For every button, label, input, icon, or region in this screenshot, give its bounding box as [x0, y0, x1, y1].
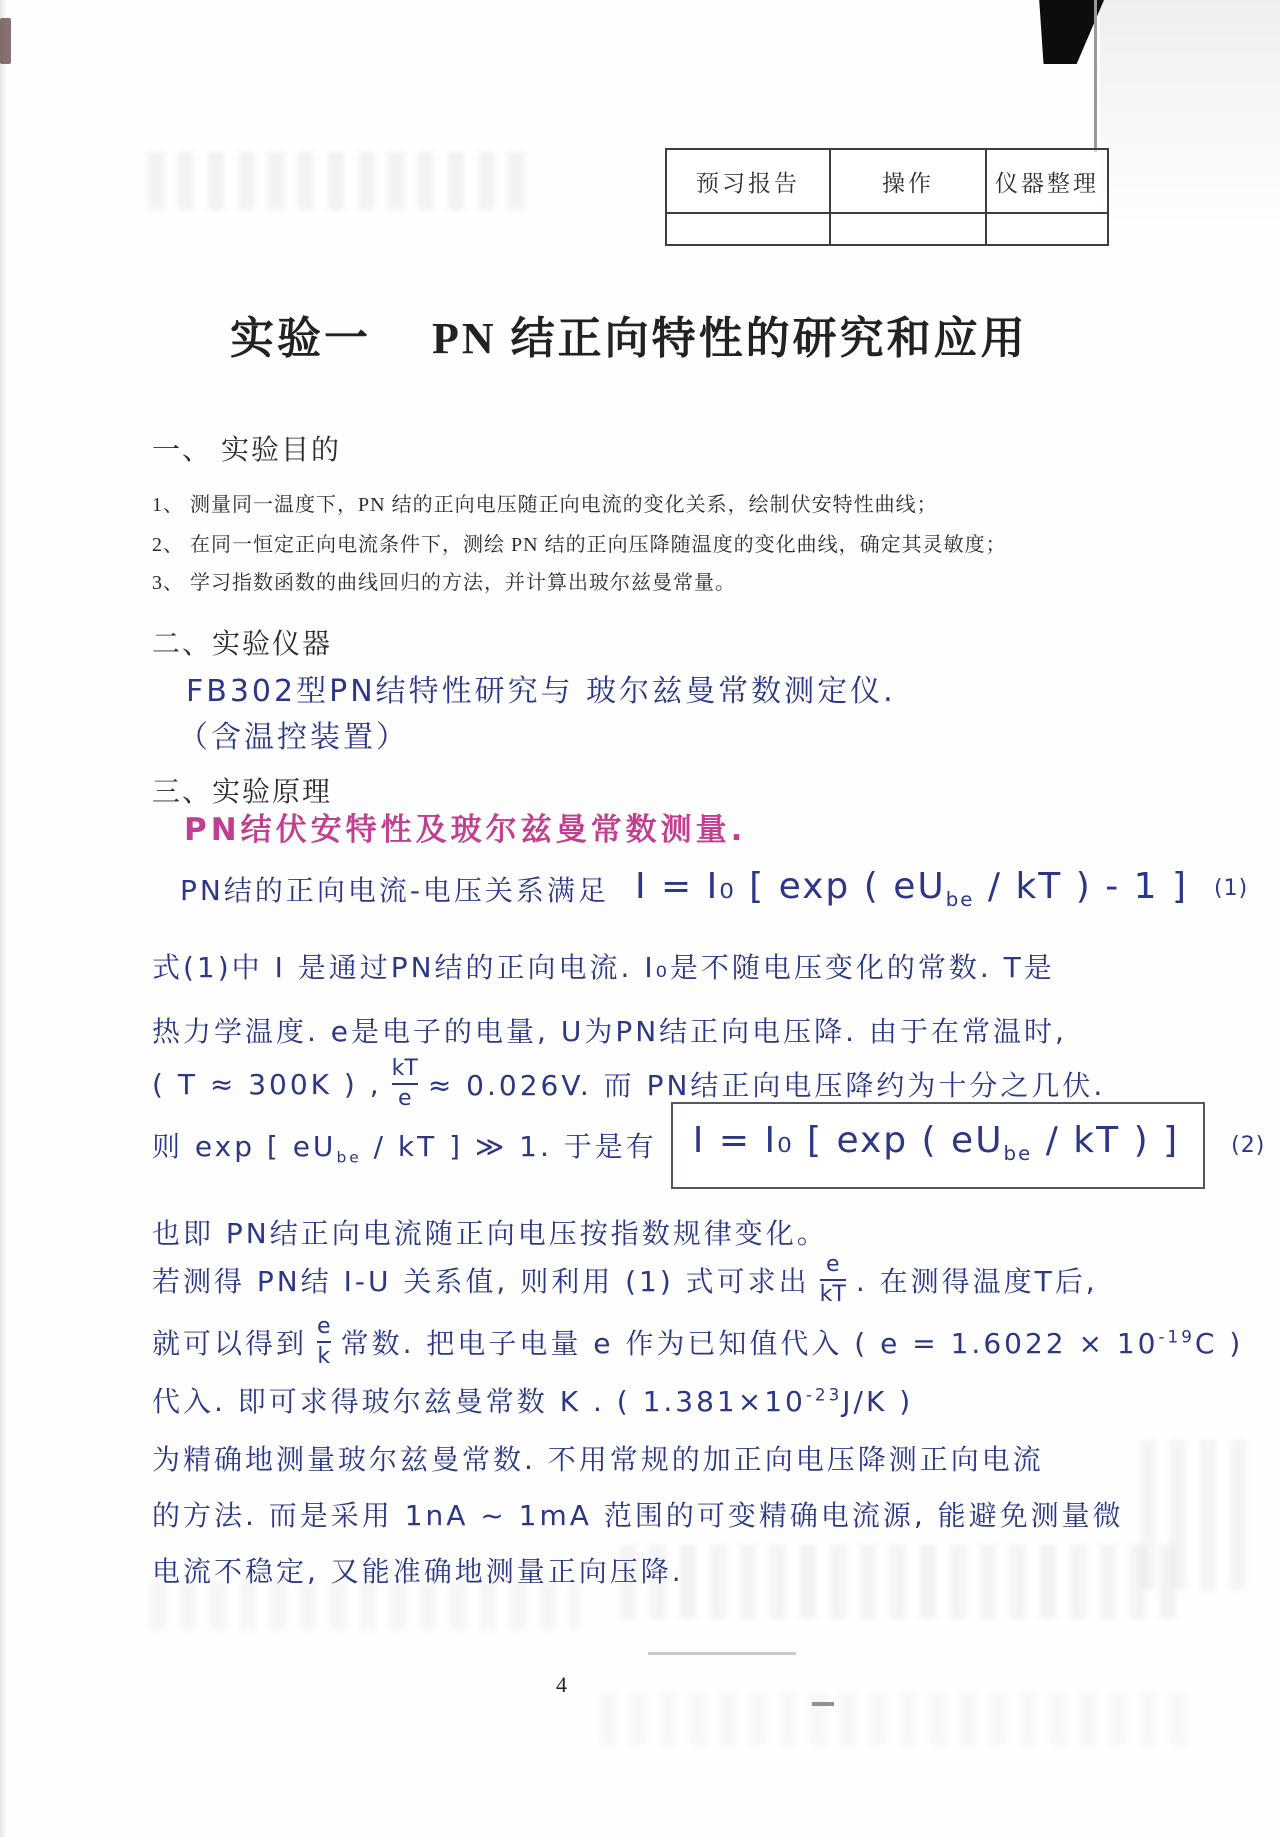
checklist-col-instrument-cleanup: 仪器整理	[987, 150, 1107, 212]
principle-line-12: 电流不稳定, 又能准确地测量正向压降.	[152, 1550, 684, 1590]
principle-line-9: 代入. 即可求得玻尔兹曼常数 K . ( 1.381×10-23J/K )	[152, 1380, 913, 1420]
principle-line-5-text: 则 exp [ eUbe / kT ] ≫ 1. 于是有	[152, 1125, 657, 1167]
purpose-item-3: 3、 学习指数函数的曲线回归的方法，并计算出玻尔兹曼常量。	[152, 566, 736, 595]
checklist-header-row: 预习报告 操作 仪器整理	[667, 150, 1107, 214]
checklist-empty-cell	[987, 214, 1107, 244]
scan-small-dash	[812, 1702, 834, 1706]
checklist-col-preparation-report: 预习报告	[667, 150, 831, 212]
principle-line-4-text-b: ≈ 0.026V. 而 PN结正向电压降约为十分之几伏.	[428, 1064, 1106, 1104]
principle-line-11: 的方法. 而是采用 1nA ~ 1mA 范围的可变精确电流源, 能避免测量微	[152, 1494, 1124, 1534]
formula-1-number: (1)	[1214, 876, 1248, 901]
principle-line-2: 式(1)中 I 是通过PN结的正向电流. I₀是不随电压变化的常数. T是	[152, 946, 1055, 986]
formula-2-box: I = I₀ [ exp ( eUbe / kT ) ]	[671, 1102, 1205, 1189]
scan-bleedthrough	[600, 1692, 1200, 1746]
scan-bleedthrough	[1140, 1440, 1258, 1590]
purpose-item-2: 2、 在同一恒定正向电流条件下，测绘 PN 结的正向压降随温度的变化曲线，确定其…	[152, 528, 1007, 557]
principle-line-5: 则 exp [ eUbe / kT ] ≫ 1. 于是有 I = I₀ [ ex…	[152, 1102, 1265, 1189]
scan-corner-artifact	[1032, 0, 1104, 64]
scan-right-shadow	[1100, 0, 1280, 230]
principle-line-8-text-b: 常数. 把电子电量 e 作为已知值代入 ( e = 1.6022 × 10-19…	[341, 1322, 1244, 1362]
apparatus-handwritten-line-1: FB302型PN结特性研究与 玻尔兹曼常数测定仪.	[186, 666, 896, 710]
principle-line-3: 热力学温度. e是电子的电量, U为PN结正向电压降. 由于在常温时,	[152, 1010, 1067, 1050]
principle-line-10: 为精确地测量玻尔兹曼常数. 不用常规的加正向电压降测正向电流	[152, 1438, 1044, 1478]
principle-line-1: PN结的正向电流-电压关系满足 I = I₀ [ exp ( eUbe / kT…	[180, 866, 1248, 911]
scan-topleft-mark	[0, 18, 11, 64]
section-heading-purpose: 一、 实验目的	[152, 428, 341, 468]
principle-line-9-text: 代入. 即可求得玻尔兹曼常数 K . ( 1.381×10-23J/K )	[152, 1380, 913, 1420]
checklist-empty-row	[667, 214, 1107, 244]
experiment-title: 实验一 PN 结正向特性的研究和应用	[230, 302, 1028, 366]
principle-line-4-text-a: ( T ≈ 300K ) ,	[152, 1068, 382, 1101]
scan-bleedthrough	[148, 152, 538, 210]
principle-line-6: 也即 PN结正向电流随正向电压按指数规律变化。	[152, 1212, 828, 1252]
scan-left-edge-shadow	[0, 0, 7, 1837]
fraction-e-over-k: ek	[317, 1316, 331, 1368]
fraction-e-over-kT: ekT	[820, 1254, 846, 1306]
scan-bleedthrough	[620, 1545, 1180, 1619]
formula-2-number: (2)	[1231, 1133, 1265, 1158]
checklist-table: 预习报告 操作 仪器整理	[665, 148, 1109, 246]
principle-line-7: 若测得 PN结 I-U 关系值, 则利用 (1) 式可求出 ekT . 在测得温…	[152, 1254, 1098, 1306]
principle-subtitle-pink: PN结伏安特性及玻尔兹曼常数测量.	[184, 804, 746, 849]
purpose-item-1: 1、 测量同一温度下，PN 结的正向电压随正向电流的变化关系，绘制伏安特性曲线；	[152, 488, 938, 517]
checklist-col-operation: 操作	[831, 150, 987, 212]
checklist-empty-cell	[667, 214, 831, 244]
checklist-empty-cell	[831, 214, 987, 244]
scan-edge-line	[1094, 0, 1097, 152]
principle-line-7-text-a: 若测得 PN结 I-U 关系值, 则利用 (1) 式可求出	[152, 1260, 810, 1300]
apparatus-handwritten-line-2: （含温控装置）	[178, 712, 409, 756]
page-number: 4	[556, 1672, 567, 1698]
scanned-document-page: 预习报告 操作 仪器整理 实验一 PN 结正向特性的研究和应用 一、 实验目的 …	[0, 0, 1280, 1837]
principle-line-1-text: PN结的正向电流-电压关系满足	[180, 869, 609, 909]
principle-line-8-text-a: 就可以得到	[152, 1322, 307, 1362]
principle-line-7-text-b: . 在测得温度T后,	[856, 1260, 1098, 1300]
formula-2: I = I₀ [ exp ( eUbe / kT ) ]	[693, 1120, 1179, 1161]
formula-1: I = I₀ [ exp ( eUbe / kT ) - 1 ]	[635, 866, 1188, 911]
section-heading-apparatus: 二、实验仪器	[152, 622, 332, 662]
scan-faint-line	[648, 1652, 796, 1655]
principle-line-8: 就可以得到 ek 常数. 把电子电量 e 作为已知值代入 ( e = 1.602…	[152, 1316, 1243, 1368]
